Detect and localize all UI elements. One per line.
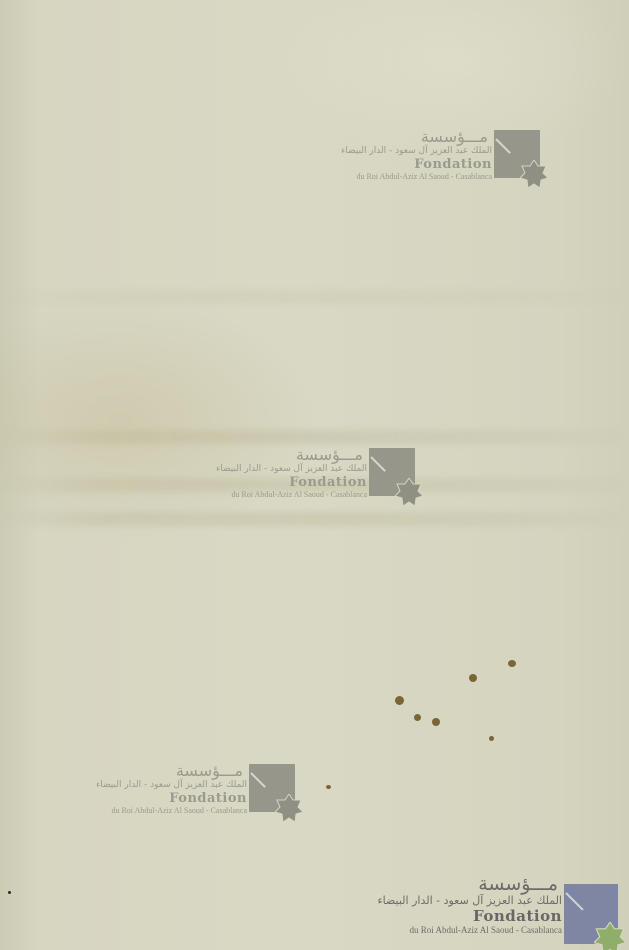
- watermark-french-subtitle: du Roi Abdul-Aziz Al Saoud - Casablanca: [341, 172, 492, 182]
- watermark-text: مـــؤسسة الملك عبد العزيز آل سعود - الدا…: [341, 128, 492, 182]
- watermark-french-subtitle: du Roi Abdul-Aziz Al Saoud - Casablanca: [96, 806, 247, 816]
- watermark-french-subtitle: du Roi Abdul-Aziz Al Saoud - Casablanca: [216, 490, 367, 500]
- stain-spot: [508, 660, 516, 667]
- stain-spot: [489, 736, 494, 741]
- bleed-through-line: [0, 430, 629, 444]
- stain-spot: [414, 714, 421, 721]
- foundation-logo-icon: [249, 764, 295, 812]
- stain-spot: [469, 674, 477, 682]
- star-icon: [395, 478, 423, 506]
- watermark-french-title: Fondation: [216, 475, 367, 490]
- watermark-arabic-title: مـــؤسسة: [216, 446, 367, 464]
- stain-spot: [326, 785, 331, 789]
- watermark-arabic-title: مـــؤسسة: [341, 128, 492, 146]
- foundation-logo-icon: [564, 884, 618, 944]
- star-icon: [275, 794, 303, 822]
- stain-spot: [395, 696, 404, 705]
- watermark-arabic-subtitle: الملك عبد العزيز آل سعود - الدار البيضاء: [377, 894, 562, 907]
- foundation-watermark-color: مـــؤسسة الملك عبد العزيز آل سعود - الدا…: [350, 874, 618, 950]
- watermark-french-title: Fondation: [377, 907, 562, 925]
- star-icon: [520, 160, 548, 188]
- watermark-arabic-subtitle: الملك عبد العزيز آل سعود - الدار البيضاء: [216, 464, 367, 475]
- watermark-arabic-subtitle: الملك عبد العزيز آل سعود - الدار البيضاء: [341, 146, 492, 157]
- watermark-french-subtitle: du Roi Abdul-Aziz Al Saoud - Casablanca: [377, 925, 562, 935]
- foundation-logo-icon: [494, 130, 540, 178]
- watermark-french-title: Fondation: [341, 157, 492, 172]
- watermark-text: مـــؤسسة الملك عبد العزيز آل سعود - الدا…: [377, 874, 562, 935]
- watermark-text: مـــؤسسة الملك عبد العزيز آل سعود - الدا…: [216, 446, 367, 500]
- watermark-french-title: Fondation: [96, 791, 247, 806]
- stain-spot: [432, 718, 440, 726]
- watermark-arabic-title: مـــؤسسة: [377, 874, 562, 894]
- foundation-logo-icon: [369, 448, 415, 496]
- bleed-through-line: [0, 290, 629, 304]
- stain-spot: [8, 891, 11, 894]
- bleed-through-line: [0, 512, 629, 526]
- foundation-watermark: مـــؤسسة الملك عبد العزيز آل سعود - الدا…: [70, 762, 295, 830]
- paper-page: مـــؤسسة الملك عبد العزيز آل سعود - الدا…: [0, 0, 629, 950]
- watermark-text: مـــؤسسة الملك عبد العزيز آل سعود - الدا…: [96, 762, 247, 816]
- star-icon: [594, 922, 626, 950]
- foundation-watermark: مـــؤسسة الملك عبد العزيز آل سعود - الدا…: [320, 128, 540, 196]
- watermark-arabic-title: مـــؤسسة: [96, 762, 247, 780]
- watermark-arabic-subtitle: الملك عبد العزيز آل سعود - الدار البيضاء: [96, 780, 247, 791]
- foundation-watermark: مـــؤسسة الملك عبد العزيز آل سعود - الدا…: [200, 446, 415, 514]
